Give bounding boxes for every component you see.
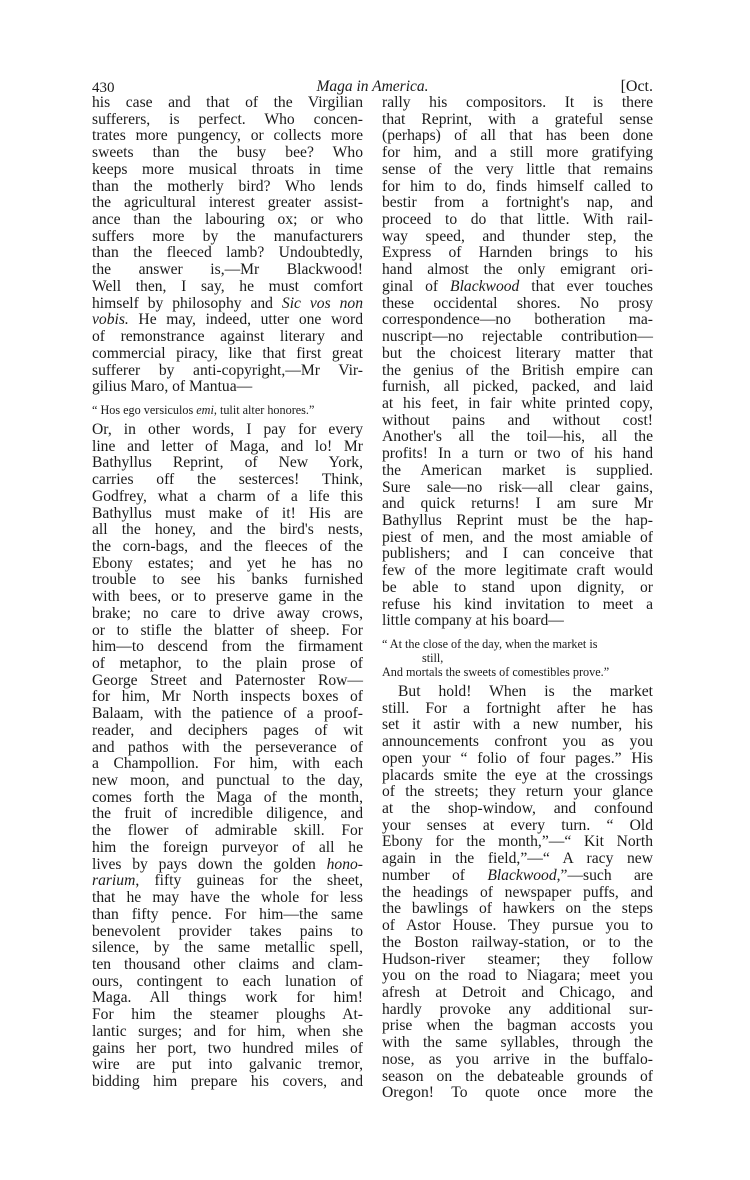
text-line: silence, by the same metallic spell, [92, 940, 363, 957]
text-line: benevolent provider takes pains to [92, 924, 363, 941]
text-line: nose, as you arrive in the buffalo- [382, 1052, 653, 1069]
text-line: ten thousand other claims and clam- [92, 957, 363, 974]
text-line: lives by pays down the golden hono- [92, 857, 363, 874]
text-line: sufferer by anti-copyright,—Mr Vir- [92, 363, 363, 380]
text-line: the American market is supplied. [382, 463, 653, 480]
text-line: bestir from a fortnight's nap, and [382, 195, 653, 212]
text-line: open your “ folio of four pages.” His [382, 751, 653, 768]
text-line: new moon, and punctual to the day, [92, 773, 363, 790]
text-line: Hudson-river steamer; they follow [382, 952, 653, 969]
block-quote: “ Hos ego versiculos emi, tulit alter ho… [92, 403, 363, 417]
quote-line: And mortals the sweets of comestibles pr… [382, 665, 653, 679]
text-line: hardly provoke any additional sur- [382, 1002, 653, 1019]
paragraph: Or, in other words, I pay for every line… [92, 422, 363, 1091]
text-line: or to stifle the blatter of sheep. For [92, 623, 363, 640]
text-line: afresh at Detroit and Chicago, and [382, 985, 653, 1002]
text-line: reader, and deciphers pages of wit [92, 723, 363, 740]
text-line: trates more pungency, or collects more [92, 128, 363, 145]
text-line: for him, Mr North inspects boxes of [92, 689, 363, 706]
text-line: Express of Harnden brings to his [382, 245, 653, 262]
text-run: He may, indeed, utter one word [129, 311, 363, 328]
text-line: with bees, or to preserve game in the [92, 589, 363, 606]
text-line: the Boston railway-station, or to the [382, 935, 653, 952]
text-line: furnish, all picked, packed, and laid [382, 379, 653, 396]
text-line: of the streets; they return your glance [382, 784, 653, 801]
text-line: piest of men, and the most amiable of [382, 530, 653, 547]
text-line: again in the field,”—“ A racy new [382, 851, 653, 868]
paragraph: his case and that of the Virgilian suffe… [92, 95, 363, 396]
quote-line: “ At the close of the day, when the mark… [382, 637, 653, 651]
text-line: Well then, I say, he must comfort [92, 279, 363, 296]
text-line: Maga. All things work for him! [92, 990, 363, 1007]
text-line: and pathos with the perseverance of [92, 740, 363, 757]
text-run: himself by philosophy and [92, 295, 282, 312]
text-line: be able to stand upon dignity, or [382, 580, 653, 597]
text-line: bidding him prepare his covers, and [92, 1074, 363, 1091]
text-line: sweets than the busy bee? Who [92, 145, 363, 162]
text-run: lives by pays down the golden [92, 856, 327, 873]
text-line: Ebony for the month,”—“ Kit North [382, 834, 653, 851]
text-run: that ever touches [519, 278, 653, 295]
italic-word: rarium [92, 872, 135, 889]
text-line: the corn-bags, and the fleeces of the [92, 539, 363, 556]
right-column: rally his compositors. It is there that … [382, 95, 653, 1102]
text-line: the bawlings of hawkers on the steps [382, 901, 653, 918]
text-line: of Astor House. They pursue you to [382, 918, 653, 935]
text-line: without pains and without cost! [382, 413, 653, 430]
text-line: prise when the bagman accosts you [382, 1018, 653, 1035]
text-line: hand almost the only emigrant ori- [382, 262, 653, 279]
text-line: vobis. He may, indeed, utter one word [92, 312, 363, 329]
text-line: than the motherly bird? Who lends [92, 179, 363, 196]
text-line: but the choicest literary matter that [382, 346, 653, 363]
text-line: profits! In a turn or two of his hand [382, 446, 653, 463]
text-line: correspondence—no botheration ma- [382, 312, 653, 329]
text-line: the fruit of incredible diligence, and [92, 806, 363, 823]
text-line: But hold! When is the market [382, 684, 653, 701]
text-line: wire are put into galvanic tremor, [92, 1057, 363, 1074]
text-run: , fifty guineas for the sheet, [135, 872, 363, 889]
magazine-title: Blackwood [487, 867, 556, 884]
text-line: the agricultural interest greater assist… [92, 195, 363, 212]
text-line: all the honey, and the bird's nests, [92, 522, 363, 539]
text-line: these occidental shores. No prosy [382, 296, 653, 313]
text-line: placards smite the eye at the crossings [382, 768, 653, 785]
text-line: your senses at every turn. “ Old [382, 818, 653, 835]
text-line: way speed, and thunder step, the [382, 229, 653, 246]
text-line: sense of the very little that remains [382, 162, 653, 179]
magazine-title: Blackwood [450, 278, 519, 295]
text-line: keeps more musical throats in time [92, 162, 363, 179]
text-line: Oregon! To quote once more the [382, 1085, 653, 1102]
text-line: the flower of admirable skill. For [92, 823, 363, 840]
text-line: publishers; and I can conceive that [382, 546, 653, 563]
text-line: comes forth the Maga of the month, [92, 790, 363, 807]
text-line: carries off the sesterces! Think, [92, 472, 363, 489]
text-line: than the fleeced lamb? Undoubtedly, [92, 245, 363, 262]
text-line: lantic surges; and for him, when she [92, 1024, 363, 1041]
text-line: him the foreign purveyor of all he [92, 840, 363, 857]
text-line: number of Blackwood,”—such are [382, 868, 653, 885]
text-line: a Champollion. For him, with each [92, 756, 363, 773]
text-run: “ Hos ego versiculos [92, 403, 196, 417]
text-line: the answer is,—Mr Blackwood! [92, 262, 363, 279]
latin-phrase: Sic vos non [282, 295, 363, 312]
text-line: proceed to do that little. With rail- [382, 212, 653, 229]
text-line: gilius Maro, of Mantua— [92, 379, 363, 396]
text-line: the genius of the British empire can [382, 363, 653, 380]
text-line: season on the debateable grounds of [382, 1069, 653, 1086]
text-line: and quick returns! I am sure Mr [382, 496, 653, 513]
text-line: Bathyllus Reprint must be the hap- [382, 513, 653, 530]
text-line: Balaam, with the patience of a proof- [92, 706, 363, 723]
text-run: ,”—such are [557, 867, 653, 884]
italic-word: emi [196, 403, 214, 417]
text-line: that Reprint, with a grateful sense [382, 112, 653, 129]
text-run: ginal of [382, 278, 450, 295]
text-line: few of the more legitimate craft would [382, 563, 653, 580]
text-run: number of [382, 867, 487, 884]
quote-line: “ Hos ego versiculos emi, tulit alter ho… [92, 403, 363, 417]
text-line: ours, contingent to each lunation of [92, 974, 363, 991]
text-line: for him, and a still more gratifying [382, 145, 653, 162]
quote-line: still, [382, 651, 653, 665]
text-line: for him to do, finds himself called to [382, 179, 653, 196]
text-line: his case and that of the Virgilian [92, 95, 363, 112]
text-line: himself by philosophy and Sic vos non [92, 296, 363, 313]
block-quote: “ At the close of the day, when the mark… [382, 637, 653, 679]
text-line: Bathyllus Reprint, of New York, [92, 455, 363, 472]
italic-word: hono- [327, 856, 363, 873]
text-line: of remonstrance against literary and [92, 329, 363, 346]
text-line: Or, in other words, I pay for every [92, 422, 363, 439]
text-line: ginal of Blackwood that ever touches [382, 279, 653, 296]
text-line: Sure sale—no risk—all clear gains, [382, 480, 653, 497]
text-line: Bathyllus must make of it! His are [92, 506, 363, 523]
paragraph: But hold! When is the market still. For … [382, 684, 653, 1102]
text-line: at the shop-window, and confound [382, 801, 653, 818]
text-line: you on the road to Niagara; meet you [382, 968, 653, 985]
text-line: George Street and Paternoster Row— [92, 673, 363, 690]
text-line: suffers more by the manufacturers [92, 229, 363, 246]
text-line: than fifty pence. For him—the same [92, 907, 363, 924]
text-line: trouble to see his banks furnished [92, 572, 363, 589]
text-line: (perhaps) of all that has been done [382, 128, 653, 145]
text-line: ance than the labouring ox; or who [92, 212, 363, 229]
text-line: at his feet, in fair white printed copy, [382, 396, 653, 413]
text-line: brake; no care to drive away crows, [92, 606, 363, 623]
text-line: rally his compositors. It is there [382, 95, 653, 112]
text-line: commercial piracy, like that first great [92, 346, 363, 363]
text-line: gains her port, two hundred miles of [92, 1041, 363, 1058]
text-line: set it astir with a new number, his [382, 717, 653, 734]
text-line: For him the steamer ploughs At- [92, 1007, 363, 1024]
text-line: of metaphor, to the plain prose of [92, 656, 363, 673]
text-line: Another's all the toil—his, all the [382, 429, 653, 446]
text-line: that he may have the whole for less [92, 890, 363, 907]
text-line: rarium, fifty guineas for the sheet, [92, 873, 363, 890]
text-line: refuse his kind invitation to meet a [382, 597, 653, 614]
text-line: Godfrey, what a charm of a life this [92, 489, 363, 506]
text-run: , tulit alter honores.” [214, 403, 315, 417]
text-line: Ebony estates; and yet he has no [92, 556, 363, 573]
text-line: little company at his board— [382, 613, 653, 630]
latin-phrase: vobis. [92, 311, 129, 328]
text-line: sufferers, is perfect. Who concen- [92, 112, 363, 129]
text-line: him—to descend from the firmament [92, 639, 363, 656]
text-line: the headings of newspaper puffs, and [382, 885, 653, 902]
left-column: his case and that of the Virgilian suffe… [92, 95, 363, 1091]
paragraph: rally his compositors. It is there that … [382, 95, 653, 630]
text-line: announcements confront you as you [382, 734, 653, 751]
text-line: still. For a fortnight after he has [382, 701, 653, 718]
text-line: nuscript—no rejectable contribution— [382, 329, 653, 346]
text-line: line and letter of Maga, and lo! Mr [92, 439, 363, 456]
text-line: with the same syllables, through the [382, 1035, 653, 1052]
